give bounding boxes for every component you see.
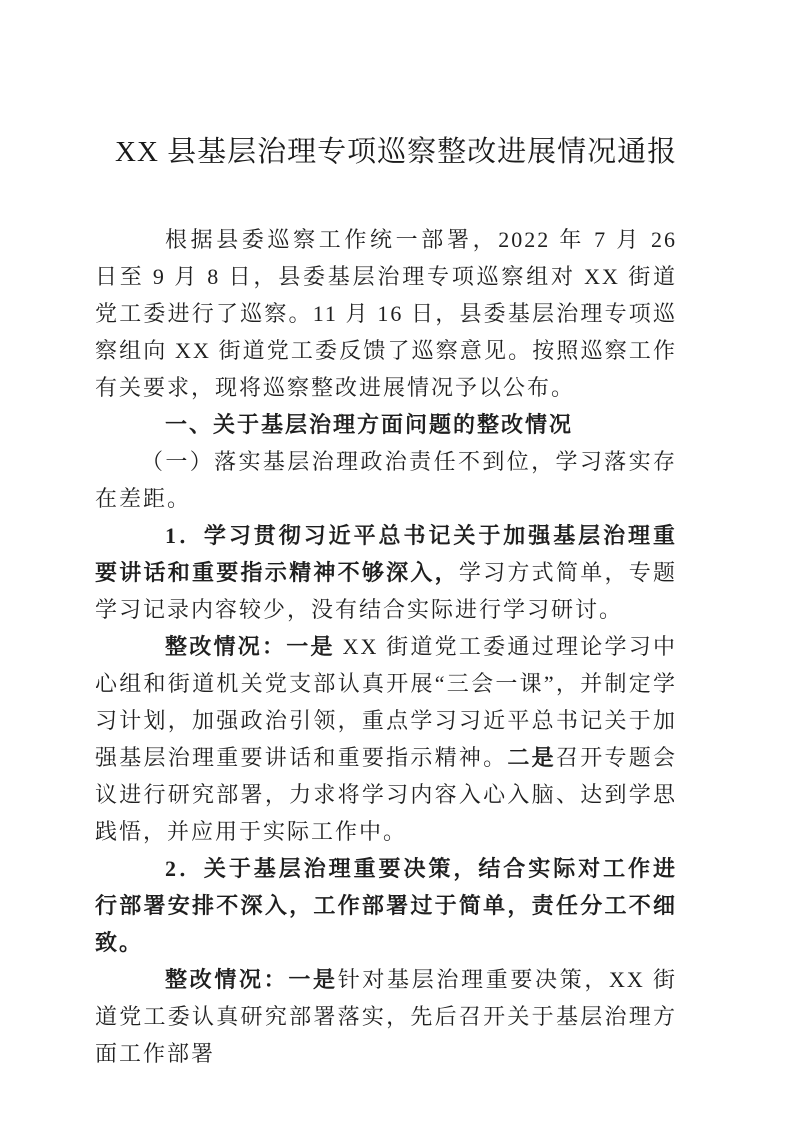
document-title: XX 县基层治理专项巡察整改进展情况通报 [95,130,677,175]
bold-text-run: 整改情况：一是 [165,634,343,659]
issue-1-paragraph: 1．学习贯彻习近平总书记关于加强基层治理重要讲话和重要指示精神不够深入，学习方式… [95,517,677,628]
bold-text-run: 整改情况：一是 [165,967,338,992]
document-body: 根据县委巡察工作统一部署，2022 年 7 月 26 日至 9 月 8 日，县委… [95,221,677,1072]
bold-text-run: 二是 [507,745,556,770]
section-1-heading: 一、关于基层治理方面问题的整改情况 [95,406,677,443]
document-page: XX 县基层治理专项巡察整改进展情况通报 根据县委巡察工作统一部署，2022 年… [0,0,793,1122]
text-run: 根据县委巡察工作统一部署，2022 年 7 月 26 日至 9 月 8 日，县委… [95,227,677,400]
intro-paragraph: 根据县委巡察工作统一部署，2022 年 7 月 26 日至 9 月 8 日，县委… [95,221,677,406]
text-run: （一）落实基层治理政治责任不到位，学习落实存在差距。 [95,449,677,511]
bold-text-run: 2．关于基层治理重要决策，结合实际对工作进行部署安排不深入，工作部署过于简单，责… [95,856,677,955]
issue-2-paragraph: 2．关于基层治理重要决策，结合实际对工作进行部署安排不深入，工作部署过于简单，责… [95,850,677,961]
document-content: XX 县基层治理专项巡察整改进展情况通报 根据县委巡察工作统一部署，2022 年… [95,0,677,1072]
rectification-1-paragraph: 整改情况：一是 XX 街道党工委通过理论学习中心组和街道机关党支部认真开展“三会… [95,628,677,850]
subsection-1-heading: （一）落实基层治理政治责任不到位，学习落实存在差距。 [95,443,677,517]
rectification-2-paragraph: 整改情况：一是针对基层治理重要决策，XX 街道党工委认真研究部署落实，先后召开关… [95,961,677,1072]
bold-text-run: 一、关于基层治理方面问题的整改情况 [165,412,573,437]
